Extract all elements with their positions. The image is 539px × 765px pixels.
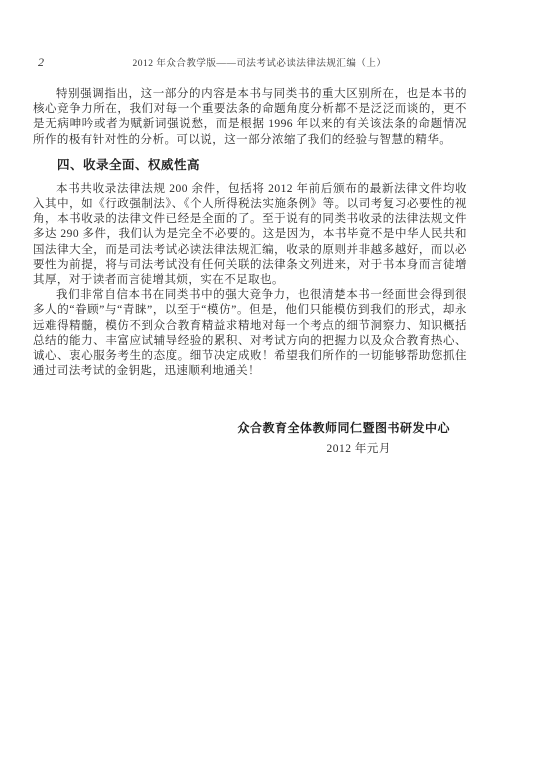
page-header: 2 2012 年众合教学版——司法考试必读法律法规汇编（上）	[33, 55, 467, 70]
section-heading-four: 四、收录全面、权威性高	[33, 155, 467, 173]
paragraph-confidence-closing: 我们非常自信本书在同类书中的强大竞争力，也很清楚本书一经面世会得到很多人的“眷顾…	[33, 288, 467, 379]
paragraph-competitive-advantage: 特别强调指出，这一部分的内容是本书与同类书的重大区别所在，也是本书的核心竞争力所…	[33, 87, 467, 148]
signature-date-line: 2012 年元月	[237, 440, 450, 456]
paragraph-comprehensive-collection: 本书共收录法律法规 200 余件，包括将 2012 年前后颁布的最新法律文件均收…	[33, 182, 467, 288]
page-number: 2	[33, 55, 52, 70]
signature-author-line: 众合教育全体教师同仁暨图书研发中心	[237, 419, 450, 436]
running-head-title: 2012 年众合教学版——司法考试必读法律法规汇编（上）	[52, 55, 467, 69]
signature-block: 众合教育全体教师同仁暨图书研发中心 2012 年元月	[237, 419, 450, 456]
book-page: 2 2012 年众合教学版——司法考试必读法律法规汇编（上） 特别强调指出，这一…	[0, 0, 539, 765]
